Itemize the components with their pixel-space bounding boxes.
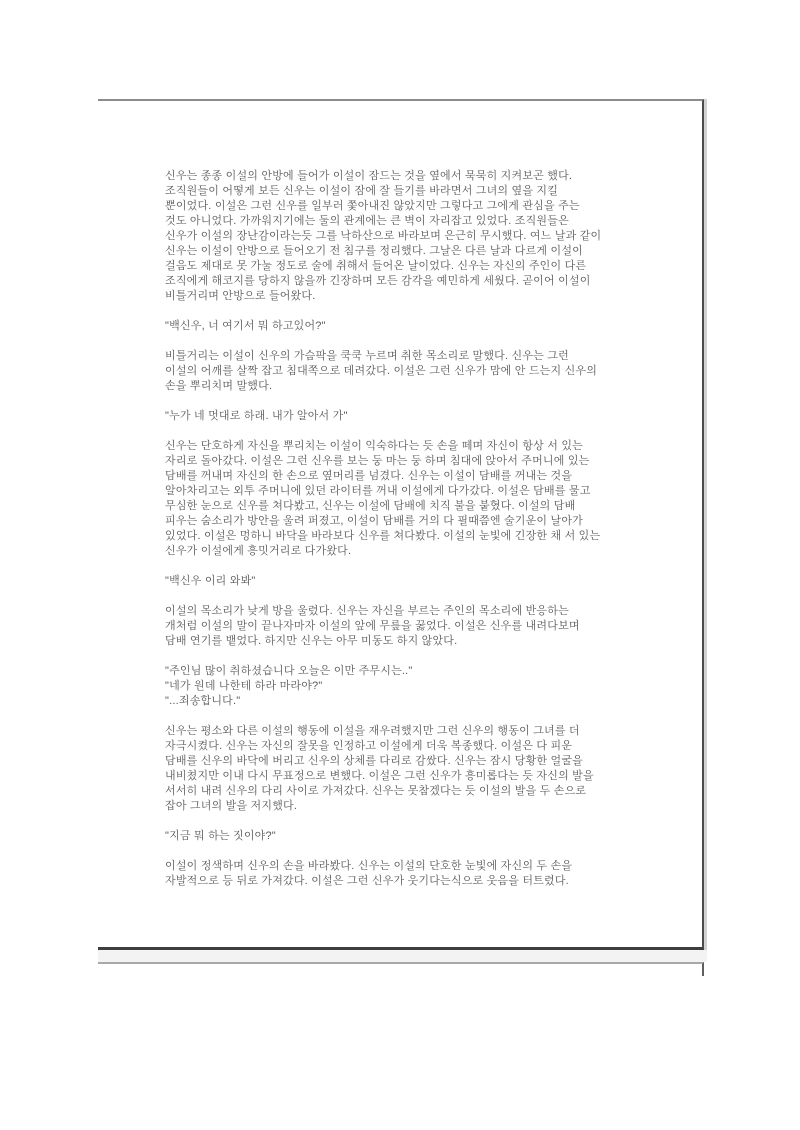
paragraph-dialogue: "주인님 많이 취하셨습니다 오늘은 이만 주무시는.." "네가 원데 나한테… <box>165 664 643 709</box>
story-text-block: 신우는 종종 이설의 안방에 들어가 이설이 잠드는 것을 옆에서 묵묵히 지켜… <box>165 169 643 889</box>
paragraph-narration: 신우는 평소와 다른 이설의 행동에 이설을 재우려했지만 그런 신우의 행동이… <box>165 724 643 814</box>
paragraph-narration: 신우는 종종 이설의 안방에 들어가 이설이 잠드는 것을 옆에서 묵묵히 지켜… <box>165 169 643 304</box>
paragraph-dialogue: "누가 네 멋대로 하래. 내가 알아서 가" <box>165 409 643 424</box>
paragraph-dialogue: "지금 뭐 하는 짓이야?" <box>165 829 643 844</box>
document-viewer: 신우는 종종 이설의 안방에 들어가 이설이 잠드는 것을 옆에서 묵묵히 지켜… <box>0 0 800 1130</box>
paragraph-narration: 이설의 목소리가 낮게 방을 울렸다. 신우는 자신을 부르는 주인의 목소리에… <box>165 604 643 649</box>
paragraph-dialogue: "백신우 이리 와봐" <box>165 574 643 589</box>
paragraph-narration: 신우는 단호하게 자신을 뿌리치는 이설이 익숙하다는 듯 손을 떼며 자신이 … <box>165 439 643 559</box>
page-1: 신우는 종종 이설의 안방에 들어가 이설이 잠드는 것을 옆에서 묵묵히 지켜… <box>98 99 704 950</box>
page-2-stub <box>98 962 704 976</box>
paragraph-narration: 이설이 정색하며 신우의 손을 바라봤다. 신우는 이설의 단호한 눈빛에 자신… <box>165 859 643 889</box>
page-separator <box>98 950 707 962</box>
paragraph-dialogue: "백신우, 너 여기서 뭐 하고있어?" <box>165 319 643 334</box>
paragraph-narration: 비틀거리는 이설이 신우의 가슴팍을 쿡쿡 누르며 취한 목소리로 말했다. 신… <box>165 349 643 394</box>
